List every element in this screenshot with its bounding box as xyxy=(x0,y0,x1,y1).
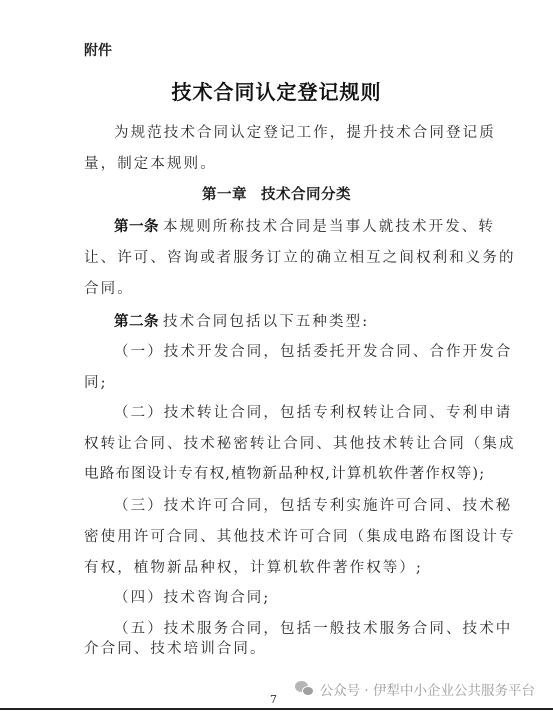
intro-line-2: 量，制定本规则。 xyxy=(84,152,474,173)
article-2-line-1: 第二条技术合同包括以下五种类型: xyxy=(114,310,474,331)
document-page: 附件 技术合同认定登记规则 为规范技术合同认定登记工作，提升技术合同登记质 量，… xyxy=(0,0,553,711)
chapter-number: 第一章 xyxy=(202,187,247,203)
item-3-line-1: （三）技术许可合同，包括专利实施许可合同、技术秘 xyxy=(114,494,474,515)
document-title: 技术合同认定登记规则 xyxy=(0,76,553,105)
chapter-name: 技术合同分类 xyxy=(261,187,351,203)
article-1-text: 本规则所称技术合同是当事人就技术开发、转 xyxy=(163,219,495,235)
bottom-rule xyxy=(0,708,553,710)
item-2-line-1: （二）技术转让合同，包括专利权转让合同、专利申请 xyxy=(114,401,474,422)
intro-line-1: 为规范技术合同认定登记工作，提升技术合同登记质 xyxy=(114,121,474,142)
chapter-heading: 第一章技术合同分类 xyxy=(0,183,553,204)
item-5-line-2: 介合同、技术培训合同。 xyxy=(84,637,474,658)
page-number: 7 xyxy=(270,693,277,706)
item-1-line-1: （一）技术开发合同，包括委托开发合同、合作开发合 xyxy=(114,340,474,361)
item-3-line-2: 密使用许可合同、其他技术许可合同（集成电路布图设计专 xyxy=(84,525,474,546)
article-1-line-1: 第一条本规则所称技术合同是当事人就技术开发、转 xyxy=(114,215,474,236)
item-1-line-2: 同; xyxy=(84,371,474,392)
article-2-lead: 技术合同包括以下五种类型: xyxy=(163,314,369,330)
article-1-line-2: 让、许可、咨询或者服务订立的确立相互之间权利和义务的 xyxy=(84,246,474,267)
item-5-line-1: （五）技术服务合同，包括一般技术服务合同、技术中 xyxy=(114,617,474,638)
wechat-icon xyxy=(295,681,315,697)
item-2-line-2: 权转让合同、技术秘密转让合同、其他技术转让合同（集成 xyxy=(84,432,474,453)
item-2-line-3: 电路布图设计专有权,植物新品种权,计算机软件著作权等); xyxy=(84,462,474,483)
item-3-line-3: 有权，植物新品种权，计算机软件著作权等）; xyxy=(84,556,474,577)
attachment-label: 附件 xyxy=(84,40,112,60)
watermark-text: 公众号 · 伊犁中小企业公共服务平台 xyxy=(320,679,535,699)
item-4-line-1: （四）技术咨询合同; xyxy=(114,586,474,607)
article-2-label: 第二条 xyxy=(114,314,159,330)
article-1-label: 第一条 xyxy=(114,219,159,235)
watermark: 公众号 · 伊犁中小企业公共服务平台 xyxy=(295,679,535,699)
article-1-line-3: 合同。 xyxy=(84,277,474,298)
